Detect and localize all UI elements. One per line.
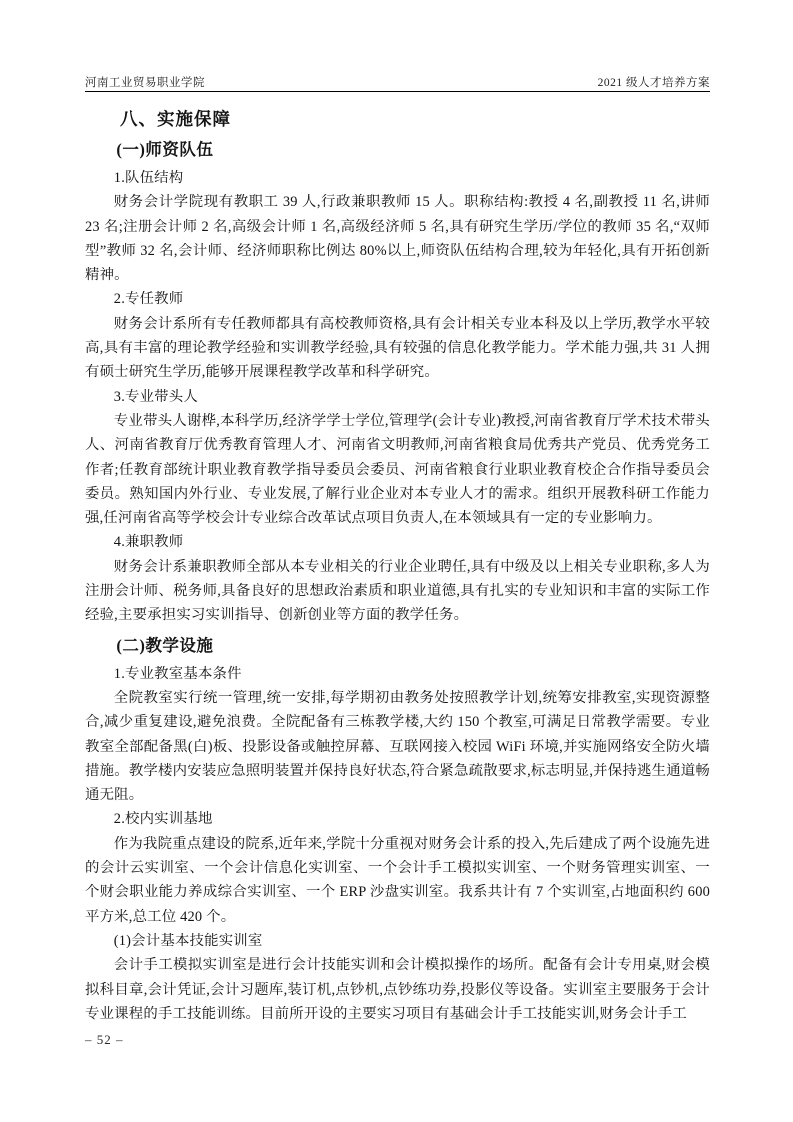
header-school-name: 河南工业贸易职业学院 <box>85 74 205 90</box>
page-header: 河南工业贸易职业学院 2021 级人才培养方案 <box>85 74 710 90</box>
item-fulltime-teachers: 2.专任教师 <box>85 287 710 311</box>
para-campus-training-base: 作为我院重点建设的院系,近年来,学院十分重视对财务会计系的投入,先后建成了两个设… <box>85 832 710 929</box>
document-page: 河南工业贸易职业学院 2021 级人才培养方案 八、实施保障 (一)师资队伍 1… <box>0 0 793 1122</box>
page-footer: – 52 – <box>85 1032 124 1048</box>
document-body: 八、实施保障 (一)师资队伍 1.队伍结构 财务会计学院现有教职工 39 人,行… <box>85 100 710 1026</box>
page-number: – 52 – <box>85 1032 124 1047</box>
para-classroom-conditions: 全院教室实行统一管理,统一安排,每学期初由教务处按照教学计划,统筹安排教室,实现… <box>85 686 710 807</box>
para-program-leader: 专业带头人谢桦,本科学历,经济学学士学位,管理学(会计专业)教授,河南省教育厅学… <box>85 409 710 530</box>
item-accounting-skills-room: (1)会计基本技能实训室 <box>85 929 710 953</box>
para-fulltime-teachers: 财务会计系所有专任教师都具有高校教师资格,具有会计相关专业本科及以上学历,教学水… <box>85 312 710 385</box>
item-campus-training-base: 2.校内实训基地 <box>85 807 710 831</box>
item-program-leader: 3.专业带头人 <box>85 385 710 409</box>
item-team-structure: 1.队伍结构 <box>85 166 710 190</box>
heading-teaching-facilities: (二)教学设施 <box>85 633 710 659</box>
item-classroom-conditions: 1.专业教室基本条件 <box>85 662 710 686</box>
header-doc-title: 2021 级人才培养方案 <box>598 74 710 90</box>
item-parttime-teachers: 4.兼职教师 <box>85 530 710 554</box>
header-divider <box>85 91 710 92</box>
heading-implementation-guarantee: 八、实施保障 <box>85 106 710 132</box>
heading-faculty-team: (一)师资队伍 <box>85 137 710 163</box>
para-parttime-teachers: 财务会计系兼职教师全部从本专业相关的行业企业聘任,具有中级及以上相关专业职称,多… <box>85 555 710 628</box>
para-team-structure: 财务会计学院现有教职工 39 人,行政兼职教师 15 人。职称结构:教授 4 名… <box>85 190 710 287</box>
para-accounting-skills-room: 会计手工模拟实训室是进行会计技能实训和会计模拟操作的场所。配备有会计专用桌,财会… <box>85 953 710 1026</box>
